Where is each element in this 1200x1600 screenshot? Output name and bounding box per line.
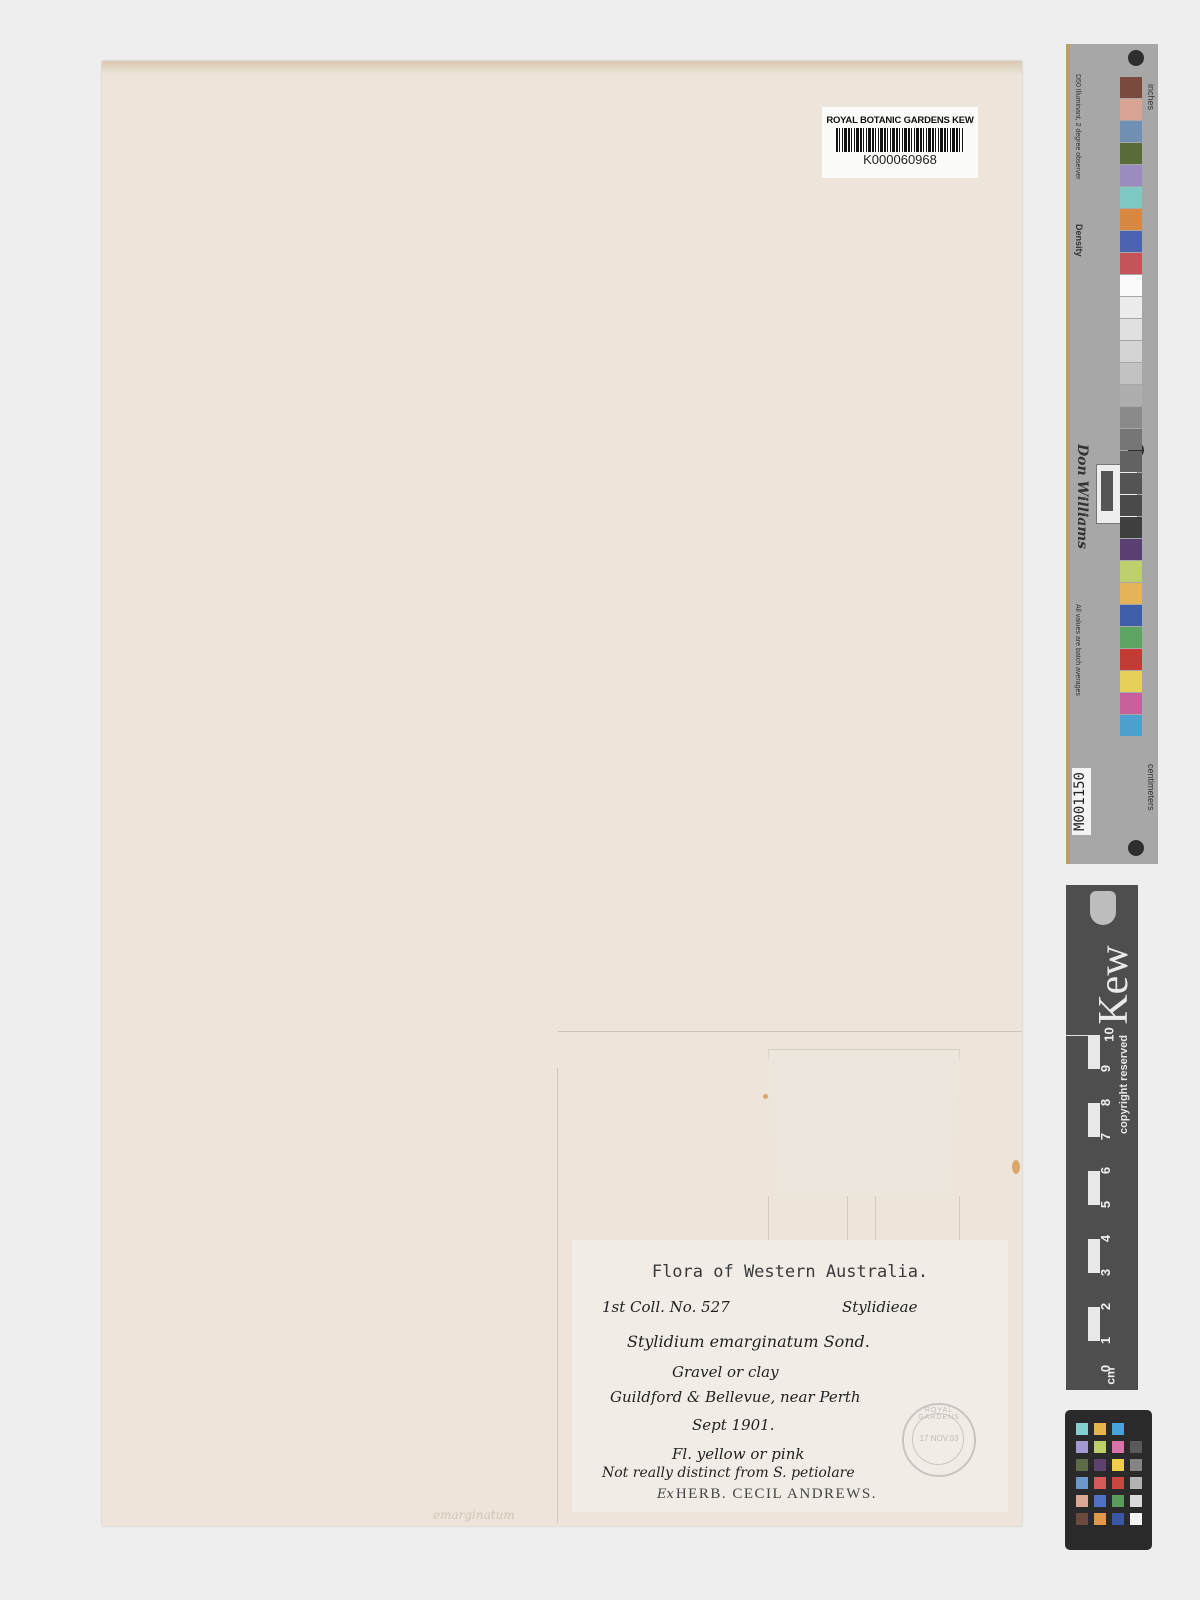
herbarium-prefix: Ex: [657, 1487, 674, 1502]
habitat: Gravel or clay: [672, 1363, 779, 1381]
locality: Guildford & Bellevue, near Perth: [610, 1388, 861, 1406]
herbarium-name: HERB. CECIL ANDREWS.: [676, 1486, 877, 1502]
scale-segment: [1066, 1069, 1088, 1104]
scale-number: 2: [1098, 1303, 1113, 1310]
color-patch: [1120, 649, 1142, 670]
color-patch: [1120, 561, 1142, 582]
color-patch: [1120, 99, 1142, 120]
color-patch: [1120, 385, 1142, 406]
color-checker-card: [1065, 1410, 1152, 1550]
color-patch: [1120, 429, 1142, 450]
checker-cell: [1130, 1477, 1142, 1489]
checker-cell: [1076, 1459, 1088, 1471]
color-patch: [1120, 605, 1142, 626]
scale-segment-alt: [1088, 1171, 1100, 1205]
taxon-name: Stylidium emarginatum Sond.: [627, 1332, 870, 1351]
receipt-stamp: ROYAL GARDENS 17 NOV.03: [902, 1403, 976, 1477]
scale-segment: [1066, 1273, 1088, 1308]
kew-copyright: copyright reserved: [1118, 1035, 1130, 1134]
scale-segment: [1066, 1205, 1088, 1240]
checker-cell: [1112, 1459, 1124, 1471]
checker-cell: [1112, 1495, 1124, 1507]
collection-number: 1st Coll. No. 527: [602, 1298, 730, 1316]
scale-segment: [1066, 1035, 1088, 1070]
color-patch: [1120, 253, 1142, 274]
color-patch: [1120, 495, 1142, 516]
barcode-label: ROYAL BOTANIC GARDENS KEW K000060968: [822, 107, 978, 178]
scale-number: 9: [1098, 1065, 1113, 1072]
color-patch: [1120, 275, 1142, 296]
checker-cell: [1130, 1459, 1142, 1471]
checker-cell: [1094, 1423, 1106, 1435]
barcode-icon: [836, 128, 964, 152]
institution-name: ROYAL BOTANIC GARDENS KEW: [822, 115, 978, 126]
ruler-footnote: All values are batch averages: [1074, 604, 1081, 696]
ruler-brand: Don Williams: [1074, 444, 1090, 549]
checker-cell: [1076, 1495, 1088, 1507]
stamp-date: 17 NOV.03: [904, 1434, 974, 1443]
checker-cell: [1094, 1495, 1106, 1507]
color-patch: [1120, 473, 1142, 494]
ruler-code: M001150: [1072, 768, 1091, 835]
color-patch: [1120, 693, 1142, 714]
checker-cell: [1076, 1441, 1088, 1453]
ruler-color-patches: [1120, 77, 1142, 737]
ruler-cm-label: centimeters: [1146, 764, 1156, 811]
checker-cell: [1094, 1441, 1106, 1453]
scale-segment: [1066, 1103, 1088, 1138]
fragment-packet-flap: [768, 1196, 960, 1246]
ruler-hole-icon: [1128, 840, 1144, 856]
scale-number: 6: [1098, 1167, 1113, 1174]
scale-segment: [1066, 1239, 1088, 1274]
checker-cell: [1112, 1423, 1124, 1435]
scale-number: 5: [1098, 1201, 1113, 1208]
checker-cell: [1130, 1441, 1142, 1453]
foxing-stain: [1012, 1160, 1020, 1174]
scale-segment-alt: [1088, 1239, 1100, 1273]
ruler-inches-label: inches: [1146, 84, 1156, 110]
color-patch: [1120, 407, 1142, 428]
specimen-label: Flora of Western Australia. 1st Coll. No…: [572, 1240, 1008, 1512]
color-patch: [1120, 297, 1142, 318]
stamp-text: ROYAL GARDENS: [904, 1407, 974, 1421]
color-patch: [1120, 539, 1142, 560]
color-patch: [1120, 187, 1142, 208]
foxing-stain: [763, 1094, 768, 1099]
collection-date: Sept 1901.: [692, 1416, 775, 1434]
checker-cell: [1130, 1423, 1142, 1435]
checker-cell: [1130, 1513, 1142, 1525]
scale-segment-alt: [1088, 1103, 1100, 1137]
scale-number: 8: [1098, 1099, 1113, 1106]
packet-border-left: [557, 1068, 558, 1523]
checker-cell: [1112, 1441, 1124, 1453]
color-patch: [1120, 341, 1142, 362]
flower-note: Fl. yellow or pink: [672, 1445, 804, 1463]
ruler-density-label: Density: [1074, 224, 1084, 257]
family-name: Stylidieae: [842, 1298, 917, 1316]
scale-segment-alt: [1088, 1035, 1100, 1069]
color-checker-grid: [1076, 1423, 1142, 1525]
scale-number: 3: [1098, 1269, 1113, 1276]
scale-segment: [1066, 1171, 1088, 1206]
color-ruler: inches centimeters D50 Illuminant, 2 deg…: [1066, 44, 1158, 864]
label-printed-title: Flora of Western Australia.: [572, 1262, 1008, 1282]
color-patch: [1120, 715, 1142, 736]
color-patch: [1120, 517, 1142, 538]
color-patch: [1120, 671, 1142, 692]
kew-unit-label: cm: [1104, 1367, 1118, 1384]
color-patch: [1120, 143, 1142, 164]
color-patch: [1120, 319, 1142, 340]
scale-segment: [1066, 1341, 1088, 1376]
color-patch: [1120, 451, 1142, 472]
herbarium-source: ExHERB. CECIL ANDREWS.: [657, 1486, 877, 1503]
color-patch: [1120, 363, 1142, 384]
checker-cell: [1076, 1513, 1088, 1525]
color-patch: [1120, 121, 1142, 142]
scale-number: 1: [1098, 1337, 1113, 1344]
color-patch: [1120, 165, 1142, 186]
color-patch: [1120, 583, 1142, 604]
checker-cell: [1094, 1459, 1106, 1471]
scale-segment-alt: [1088, 1307, 1100, 1341]
ruler-illuminant-note: D50 Illuminant, 2 degree observer: [1074, 74, 1081, 179]
scale-segment: [1066, 1307, 1088, 1342]
checker-cell: [1076, 1477, 1088, 1489]
scale-number: 4: [1098, 1235, 1113, 1242]
checker-cell: [1094, 1477, 1106, 1489]
remark: Not really distinct from S. petiolare: [602, 1465, 855, 1481]
kew-crest-icon: [1090, 891, 1116, 925]
scale-number: 7: [1098, 1133, 1113, 1140]
cm-scale: 123456789100: [1066, 1035, 1100, 1385]
color-patch: [1120, 209, 1142, 230]
ruler-hole-icon: [1128, 50, 1144, 66]
checker-cell: [1112, 1513, 1124, 1525]
scale-number: 10: [1102, 1027, 1117, 1041]
checker-cell: [1112, 1477, 1124, 1489]
color-patch: [1120, 627, 1142, 648]
checker-cell: [1130, 1495, 1142, 1507]
kew-logo: Kew: [1090, 940, 1140, 1030]
pencil-annotation: emarginatum: [433, 1508, 515, 1522]
scale-segment: [1066, 1137, 1088, 1172]
checker-cell: [1094, 1513, 1106, 1525]
kew-scale-bar: Kew copyright reserved 123456789100 cm: [1066, 885, 1138, 1390]
barcode-number: K000060968: [822, 152, 978, 167]
checker-cell: [1076, 1423, 1088, 1435]
packet-border-top: [558, 1031, 1022, 1032]
color-patch: [1120, 231, 1142, 252]
color-patch: [1120, 77, 1142, 98]
